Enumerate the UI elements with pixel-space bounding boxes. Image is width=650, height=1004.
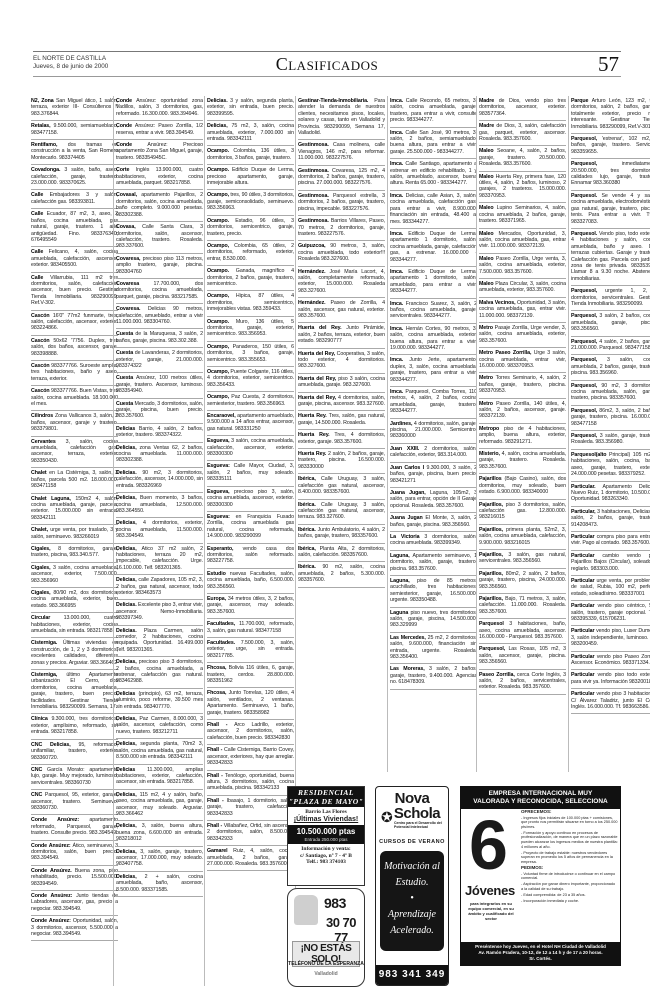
- classified-ad[interactable]: Cuesta Ansúrez, 100 metros útiles, garaj…: [116, 373, 203, 398]
- classified-ad-keyword: Laguna,: [390, 578, 410, 584]
- classified-ad-keyword: Parquesol,: [571, 357, 597, 363]
- classified-ad[interactable]: Huerta del Rey, 4 dormitorios, salón, ga…: [298, 393, 385, 412]
- classified-ad-keyword: CNC: [31, 792, 42, 798]
- classified-ad[interactable]: La Victoria 3 dormitorios, salón, cocina…: [390, 532, 477, 551]
- classified-ad-keyword: Delicias: [116, 426, 135, 432]
- classified-ad[interactable]: Delicias, Atico 37 m2 salón, 2 habitacio…: [116, 544, 203, 576]
- nova-schola-ad[interactable]: ✪ Nova Schola Centro para el Desarrollo …: [375, 786, 449, 986]
- classified-ad[interactable]: Ocampo, Colombia, 65 útiles, 2 dormitori…: [207, 241, 294, 266]
- classified-ad[interactable]: Particular compra piso para entrar a viv…: [571, 532, 650, 551]
- classified-ad[interactable]: Estudio nuevas Facultades, salón, cocina…: [207, 569, 294, 594]
- classified-ad[interactable]: Esgueva, precioso piso 3, salón, cocina …: [207, 487, 294, 512]
- classified-ad-keyword: Facultades,: [207, 621, 235, 627]
- classified-ad[interactable]: Laguna piso nuevo, tres dormitorios, sal…: [390, 608, 477, 633]
- classified-ad-keyword: Madre: [479, 98, 494, 104]
- classified-ad[interactable]: Delicias, 2 + salón, cocina amueblada, b…: [116, 872, 203, 897]
- classified-ad[interactable]: Imca. Hernán Cortes, 90 metros, 3, salón…: [390, 324, 477, 356]
- classified-ad-keyword: Covasa,: [116, 224, 136, 230]
- classified-ad-keyword: Las Moreras,: [390, 666, 425, 672]
- classified-ad[interactable]: Delicias, calle Zapadores, 105 m2, 3, 2 …: [116, 575, 203, 600]
- classified-ad[interactable]: Facultades, 11.700.000, reformado, 3, sa…: [207, 619, 294, 638]
- classified-ad-keyword: Pajarillos,: [479, 502, 503, 508]
- classified-ad[interactable]: Metro Pasaje Zorrilla, Urge vender, 3, s…: [479, 323, 566, 348]
- classified-ad[interactable]: Imca. Calle Recondo, 65 metros, 3, salón…: [390, 96, 477, 128]
- classified-ad[interactable]: Imca. Junto Jerte, apartamento, duplex, …: [390, 355, 477, 387]
- classified-ad-keyword: Guipuzcoa,: [298, 243, 326, 249]
- classified-ad-keyword: Fhcosa,: [207, 665, 226, 671]
- classified-ad[interactable]: Metro Torres Seminario, 4, salón, 2 baño…: [479, 373, 566, 398]
- classified-ad[interactable]: Calle Ecuador, 87 m2, 3, aseo, 2 baños, …: [31, 209, 118, 247]
- classified-ad[interactable]: Delicias (principio), 63 m2, terraza, al…: [116, 689, 203, 714]
- classified-ad[interactable]: Ibérica. 90 m2, salón, cocina amueblada,…: [298, 562, 385, 587]
- classified-ad-keyword: Delicias,: [116, 659, 137, 665]
- classified-ad-keyword: Encaraovel,: [207, 413, 236, 419]
- classified-ad[interactable]: Huerta Rey. Tres, salón, gas natural, ga…: [298, 411, 385, 430]
- classified-ad-keyword: Ocampo,: [207, 192, 229, 198]
- classified-ad[interactable]: Ocampo. Muro, 136 útiles, 5 dormitorios,…: [207, 317, 294, 342]
- classified-ad-keyword: Corte: [116, 167, 129, 173]
- classified-ad-keyword: Particular: [571, 654, 594, 660]
- esperanza-city: Valladolid: [288, 971, 364, 977]
- classified-ad[interactable]: Covaresa, precioso piso 113 metros, ampl…: [116, 254, 203, 279]
- classified-ad[interactable]: Cascón 16'0" 77m2 funmarte, tres, salón,…: [31, 311, 118, 336]
- classified-ad[interactable]: Parquesol 3 habitaciones, baño, aseo, co…: [479, 619, 566, 644]
- classified-ad[interactable]: Las Mercedes, 25 m2, 2 dormitorios, saló…: [390, 633, 477, 665]
- classified-ad-keyword: Delicias.: [116, 628, 137, 634]
- classified-ad[interactable]: Ocampo. Ganada, magnífico 4 dormitorios,…: [207, 266, 294, 291]
- classified-ad-keyword: N2, Zona: [31, 98, 54, 104]
- classified-ad-keyword: Delicias,: [116, 716, 137, 722]
- classified-ad[interactable]: Fhall - Ibasajo, 1 dormitorio, salón, ga…: [207, 796, 294, 821]
- classified-ad[interactable]: Parquesol, 4 salón, 2 baños, garaje, 21.…: [571, 337, 650, 356]
- classified-ad-keyword: Covaresa.: [116, 306, 140, 312]
- classified-ad[interactable]: Pajarillos, primera planta, 52m2, 3, sal…: [479, 525, 566, 550]
- classified-ad[interactable]: Particular vendo piso Paseo Zorrilla. As…: [571, 652, 650, 671]
- classified-ad[interactable]: Esgueva: en Franquicia Fusado Zorrilla, …: [207, 512, 294, 544]
- classified-ad[interactable]: Cascón 983377766. Buen Vistas, tres saló…: [31, 386, 118, 411]
- classified-ad[interactable]: Delicias, precioso piso 3 dormitorios, 2…: [116, 657, 203, 689]
- classified-ad[interactable]: Ocampo, Hipica, 87 útiles, 4 dormitorios…: [207, 291, 294, 316]
- classified-ad[interactable]: CNC García Morato: apartamento lujo, gar…: [31, 765, 118, 790]
- classified-ad[interactable]: Particular vendo piso céntrico, 5 + saló…: [571, 601, 650, 626]
- classified-ad-keyword: Parquesol.: [571, 193, 597, 199]
- classified-ad-keyword: Parquesol,: [571, 136, 597, 142]
- classified-ad[interactable]: Delicias, 75 m2, 3, salón, cocina amuebl…: [207, 121, 294, 146]
- classified-ad[interactable]: Delicias, zona Ventas 62, 2 baños, cocin…: [116, 443, 203, 468]
- classified-ad[interactable]: Guipuzcoa, 90 metros, 3, salón, cocina a…: [298, 241, 385, 266]
- classified-ad[interactable]: Huerta del Rey, Cooperativa, 3 salón, to…: [298, 349, 385, 374]
- classified-ad[interactable]: Conde Ansúrez: Oportunidad, salón, 3 dor…: [31, 916, 118, 941]
- classified-ad-keyword: Delicias,: [116, 445, 137, 451]
- classified-ad[interactable]: Calle Villarrubia, 111 m2 tres dormitori…: [31, 273, 118, 311]
- classified-ad-keyword: Calle: [31, 249, 43, 255]
- classified-ad[interactable]: CNC Parquesol, 95, exterior, garaje, asc…: [31, 790, 118, 815]
- classified-ad[interactable]: Paseo Zorrilla, cerca Corte Inglés, 3 sa…: [479, 670, 566, 695]
- classified-ad-keyword: Juana Jugan: [390, 515, 423, 521]
- classified-ad-keyword: Ocampo,: [207, 293, 229, 299]
- classified-ad[interactable]: Delicias Barrio, 4 salón, 2 baños, exter…: [116, 424, 203, 443]
- classified-ad[interactable]: Metro Paseo Zorrilla, 140 útiles, 4, sal…: [479, 399, 566, 424]
- classified-ad-keyword: Particular: [571, 672, 594, 678]
- classified-ad[interactable]: Pajarillos, 3 salón, gas natural, servic…: [479, 550, 566, 569]
- classified-ad-keyword: Calle: [31, 211, 43, 217]
- classified-ad[interactable]: Fhcosa, Junto Torrelas, 120 útiles, 4 sa…: [207, 688, 294, 720]
- classified-ad-keyword: Ocampo,: [207, 394, 229, 400]
- classified-ad-keyword: Imca.: [390, 326, 403, 332]
- classified-ad[interactable]: Conde Ansúrez: Junto tiendas de Labrador…: [31, 891, 118, 916]
- classified-ad[interactable]: Huerta del Rey. Junto Pirámide, salón, 2…: [298, 323, 385, 348]
- classified-ad[interactable]: Parquesol(alto Principal) 105 m2, 3 habi…: [571, 450, 650, 482]
- classified-ad-keyword: Delicias,: [207, 123, 228, 129]
- classified-ad[interactable]: Metro Paseo Zorrilla, Urge 3 salón, coci…: [479, 348, 566, 373]
- classified-ad[interactable]: Parque Arturo León, 123 m2, tres dormito…: [571, 96, 650, 134]
- classified-ad[interactable]: Particular. Apartamento Delicias, Nuevo …: [571, 482, 650, 507]
- classified-ad[interactable]: Calle Felicano, 4, salón, cocina amuebla…: [31, 247, 118, 272]
- classified-ad[interactable]: Chalet, urge venta, por traslado, 3 y sa…: [31, 525, 118, 544]
- classified-ad[interactable]: Parquesol, 86m2, 3, salón, 2 baños, gara…: [571, 406, 650, 431]
- classified-ad[interactable]: Parquesol, 'estrenar', 102 m2, 2 baños, …: [571, 134, 650, 159]
- classified-ad-keyword: CNC Delicias,: [31, 742, 71, 748]
- classified-ad[interactable]: Madre de Dios, 3, salón, calefacción gas…: [479, 121, 566, 146]
- classified-ad-keyword: Conde Ansúrez:: [31, 918, 71, 924]
- classified-ad[interactable]: Cigales, 8 dormitorios, garaje, trastero…: [31, 544, 118, 563]
- classified-ad[interactable]: Malva Vecinos, Oportunidad, 3 salón, coc…: [479, 298, 566, 323]
- classified-ad-keyword: CNC: [31, 767, 42, 773]
- classified-ad[interactable]: Conde Ansúrez: oportunidad zona Vadillos…: [116, 96, 203, 121]
- classified-ad[interactable]: Ocampo, Puente Colgante, 116 útiles, 4 d…: [207, 367, 294, 392]
- classified-ad[interactable]: Maleo Lupino Seminarios, 4, salón, cocin…: [479, 203, 566, 228]
- classified-ad-keyword: Particular,: [571, 509, 596, 515]
- classified-ad-text: Edificio Duque de Lerma, apartamento 1 d…: [390, 231, 477, 263]
- classified-ad[interactable]: Maleo Plaza Circular, 3, salón, cocina a…: [479, 279, 566, 298]
- classified-ad-keyword: Ocampo.: [207, 319, 229, 325]
- classified-ad[interactable]: Particular vendo piso 3 habitaciones, C/…: [571, 689, 650, 714]
- classified-ad-keyword: Misterio,: [479, 451, 500, 457]
- classified-ad[interactable]: Ocampo, Paz Cuesta, 2 dormitorios, semie…: [207, 392, 294, 411]
- classified-ad-keyword: Ibérica.: [298, 502, 316, 508]
- classified-ad[interactable]: Parquesol, urgente 1, 2, 3 dormitorios, …: [571, 286, 650, 311]
- classified-ad[interactable]: Misterio, 4, salón, cocina amueblada, ga…: [479, 449, 566, 474]
- classified-ad[interactable]: Hernández. José María Lacort, 4, salón, …: [298, 267, 385, 299]
- classified-ad[interactable]: Circular 13.000.000, cuatro habitaciones…: [31, 613, 118, 638]
- classified-ad-keyword: Madre: [479, 123, 494, 129]
- classified-ad[interactable]: Imca. Parquesol, Comba Torres, 110 metro…: [390, 387, 477, 419]
- classified-ad[interactable]: Conde Ansúrez: Precioso apartamento Zona…: [116, 140, 203, 165]
- nova-phone: 983 341 349: [376, 965, 448, 985]
- classified-ad-keyword: Paseo Zorrilla,: [479, 672, 515, 678]
- telefono-esperanza-ad[interactable]: 983 30 70 77 ¡NO ESTÁS SOLO! TELÉFONO DE…: [287, 888, 365, 987]
- column-divider: [204, 96, 205, 986]
- classified-ad[interactable]: Ocampo, Panaderos, 150 útiles, 6 dormito…: [207, 342, 294, 367]
- classified-ad-keyword: Maleo: [479, 256, 494, 262]
- classified-ad[interactable]: Ocampo. Colombia, 136 útiles, 3 dormitor…: [207, 146, 294, 165]
- classified-ad[interactable]: Ocampo, tres, 90 útiles, 3 dormitorios, …: [207, 190, 294, 215]
- empresa-jovenes: Jóvenes: [465, 883, 515, 898]
- classified-ad[interactable]: Ibérica, Planta Alta, 2 dormitorios, sal…: [298, 544, 385, 563]
- classified-ad[interactable]: Retalas, 9.500.000, semiamueblado, 98347…: [31, 121, 118, 140]
- classified-ad[interactable]: Parquesol, inmediatamente 20.500.000, tr…: [571, 159, 650, 191]
- classified-ad[interactable]: Parquesol, 3 salón, cocina amueblada, 2 …: [571, 355, 650, 380]
- esperanza-phone-prefix: 983: [324, 895, 346, 911]
- classified-ad[interactable]: Maleo Huerta Rey, primera fase, 120 útil…: [479, 172, 566, 204]
- classified-ad-keyword: Rentifamo,: [31, 142, 57, 148]
- classified-ad[interactable]: Juana Jugan El Monte, 3, salón, 2 baños,…: [390, 513, 477, 532]
- classified-ad[interactable]: Delicias. Plaza Carmen, salón comedor, 2…: [116, 626, 203, 658]
- classified-ad[interactable]: Gestinmosa. Casa molinera, calle Vienagr…: [298, 140, 385, 165]
- classified-ad[interactable]: Imca. Delicias, calle Asian, 3, salón, c…: [390, 191, 477, 229]
- classified-ad[interactable]: Gestinmosa. Covaresa, 125 m2, 4 dormitor…: [298, 166, 385, 191]
- classified-ad[interactable]: Juana Jugan, Laguna, 105m2, 3 salón, par…: [390, 488, 477, 513]
- classified-ad-keyword: Delicias.: [207, 98, 228, 104]
- esperanza-name: TELÉFONO DE LA ESPERANZA: [288, 961, 364, 967]
- classified-ad-keyword: Esgueva,: [207, 489, 229, 495]
- classified-ad[interactable]: Esgueva, 3 salón, cocina amueblada, cale…: [207, 436, 294, 461]
- classified-ad[interactable]: Maleo Mercados, Oportunidad, 3, salón, c…: [479, 229, 566, 254]
- classified-ad[interactable]: Delicias 11.300.000, amplias habitacione…: [116, 765, 203, 790]
- classified-ad[interactable]: Gestinar-Tienda-Inmobiliaria. Para atend…: [298, 96, 385, 140]
- classified-ad-keyword: Ibérica,: [298, 546, 316, 552]
- classified-ad[interactable]: Covasa, Calle Santa Clara, 3 dormitorios…: [116, 222, 203, 254]
- classified-ad[interactable]: Particular vendo piso todo exterior, par…: [571, 670, 650, 689]
- classified-ad-text: Calle Recondo, 65 metros, 3, salón, coci…: [390, 98, 477, 123]
- classified-ad[interactable]: Pajarillos (Bajo Casino), salón, dos dor…: [479, 474, 566, 499]
- classified-ad-text: Calle San José, 90 metros, 3, salón, 2 b…: [390, 130, 477, 155]
- classified-ad[interactable]: Gestinmosa. Parquesol estrella, 3 dormit…: [298, 191, 385, 216]
- classified-ad[interactable]: Particular urge venta, por problemas de …: [571, 576, 650, 601]
- classified-ad[interactable]: Ibérica. Calle Uruguay, 3 salón, calefac…: [298, 500, 385, 525]
- classified-ad[interactable]: Ibérica. Junto Ambulatorio, 4 salón, 2 b…: [298, 525, 385, 544]
- classified-ad-keyword: Cascón: [31, 388, 50, 394]
- classified-ad[interactable]: Gestinmosa. Barrios Villares, Paseo, 70 …: [298, 216, 385, 241]
- classified-ad[interactable]: Maleo Seoane, 4, salón, 2 baños, garaje,…: [479, 146, 566, 171]
- classified-ad[interactable]: Cuesta de la Maruquesa, 3 salón, 2 baños…: [116, 329, 203, 348]
- classified-ad[interactable]: Particular, 3 habitaciones, Delicias, 4,…: [571, 507, 650, 532]
- classified-ad[interactable]: Delicias, 3, salón, buena altura, buena …: [116, 821, 203, 846]
- classified-ad-keyword: Huerta del Rey.: [298, 325, 342, 331]
- classified-ad-keyword: Juana Jugan,: [390, 490, 426, 496]
- classified-ad[interactable]: Fhcosa, Bolivia 116 útiles, 6, garaje, t…: [207, 663, 294, 688]
- classified-ad-keyword: Gestinmosa.: [298, 193, 329, 199]
- classified-ad[interactable]: Particular vendo piso, Luser Dumero, 3, …: [571, 626, 650, 651]
- classified-ad[interactable]: Cascón 50x62 '7756. Duplex, tres salón, …: [31, 336, 118, 361]
- residencial-ultimas: ¡Últimas Viviendas!: [288, 816, 364, 823]
- classified-ad[interactable]: Covaresa 17.700.000, dos dormitorios, co…: [116, 279, 203, 304]
- classified-ad[interactable]: Ibérica, Calle Uruguay, 3 salón, calefac…: [298, 474, 385, 499]
- classified-ad[interactable]: Parquesol, 3 salón, 2 baños, cocina amue…: [571, 311, 650, 336]
- classified-ad-keyword: Pajarillos,: [479, 552, 503, 558]
- classified-ad[interactable]: Conde Ansúrez: apartamento reformado, Pa…: [31, 815, 118, 840]
- classified-ad[interactable]: Delicias, segunda planta, 70m2 3, salón,…: [116, 739, 203, 764]
- classified-ad[interactable]: Chalet Laguna, 150m2 4, salón, cocina am…: [31, 494, 118, 526]
- classified-ad[interactable]: Fhall - Arco Ladrillo, exterior, ascenso…: [207, 720, 294, 745]
- classified-ad-text: Pasaje Zorrilla, Urge vender, 3, salón, …: [479, 325, 566, 344]
- classified-ad-keyword: Huerta Rey.: [298, 451, 326, 457]
- classified-ad[interactable]: Delicias, Buen momento, 3 baños, cocina …: [116, 493, 203, 518]
- classified-ad[interactable]: Juan XXIII. 2 dormitorios, salón, calefa…: [390, 444, 477, 463]
- classified-ad[interactable]: Fhall - Villabañez, Ortid, sin ascensor,…: [207, 821, 294, 846]
- classified-ad-keyword: Huerta Rey.: [298, 432, 330, 438]
- classified-ad[interactable]: Delicias, Paz Carmen, 8.000.000, 3 salón…: [116, 714, 203, 739]
- classified-ad[interactable]: Cuesta de Lavanderas, 2 dormitorios, ext…: [116, 348, 203, 373]
- classified-ad[interactable]: Particular cambio vendo piso Pajarillos …: [571, 551, 650, 576]
- classified-ad-keyword: Chalet: [31, 470, 47, 476]
- classified-ad[interactable]: Encaraovel, apartamento amueblado, 9.500…: [207, 411, 294, 436]
- classified-ad-keyword: Cilindros: [31, 413, 53, 419]
- classified-ad[interactable]: Las Moreras, 3 salón, 2 baños, garaje, t…: [390, 664, 477, 689]
- classified-ad-text: Junto Jerte, apartamento, duplex, 3, sal…: [390, 357, 477, 382]
- classified-ad[interactable]: Ocampo. Estadio, 96 útiles, 3 dormitorio…: [207, 216, 294, 241]
- classified-ad[interactable]: Europa, 34 metros útiles, 3, 2 baños, ga…: [207, 594, 294, 619]
- classified-ad[interactable]: Cisterniga, último Apartamento urbanizac…: [31, 670, 118, 714]
- classified-ad-keyword: Chalet,: [31, 527, 48, 533]
- classified-ad-keyword: Imca.: [390, 161, 403, 167]
- classified-ad[interactable]: CNC Delicias, 95, reformado, unifamiliar…: [31, 740, 118, 765]
- classified-ad[interactable]: Jardines, 4 dormitorios, salón, garaje, …: [390, 419, 477, 444]
- classified-ad-keyword: Juan XXIII.: [390, 446, 419, 452]
- classified-ad[interactable]: Maleo Paseo Zorrilla, Urge venta, 3, sal…: [479, 254, 566, 279]
- classified-ad-keyword: Delicias,: [116, 577, 137, 583]
- classified-ad[interactable]: Cuesta Mercado, 3 dormitorios, salón, ga…: [116, 399, 203, 424]
- classified-ad-keyword: Huerta del Rey,: [298, 376, 336, 382]
- classified-ad-keyword: Parquesol,: [571, 288, 597, 294]
- classified-ad[interactable]: Gamarel Ruiz, 4, salón, cocina amueblada…: [207, 846, 294, 871]
- classified-ad-keyword: Estudio: [207, 571, 226, 577]
- classified-ad-keyword: Ibérica.: [298, 527, 316, 533]
- classified-ad-keyword: Gamarel: [207, 848, 228, 854]
- classified-ad[interactable]: Pajarillos, 80m2, 2 salón, 2 baños, gara…: [479, 569, 566, 594]
- classifieds-column-2: Conde Ansúrez: oportunidad zona Vadillos…: [116, 96, 203, 986]
- page-number: 57: [598, 52, 619, 77]
- classified-ad[interactable]: Imca. Calle San José, 90 metros, 3, saló…: [390, 128, 477, 160]
- classified-ad[interactable]: Delicias. 90 m2, 3 dormitorios, calefacc…: [116, 468, 203, 493]
- classified-ad-keyword: Delicias.: [116, 470, 137, 476]
- classified-ad[interactable]: Corte Inglés 13.900.000, cuatro habitaci…: [116, 165, 203, 190]
- classified-ad[interactable]: Delicias. 3 y salón, segunda planta, ext…: [207, 96, 294, 121]
- classified-ad[interactable]: Madre de Dios, vendo piso tres dormitori…: [479, 96, 566, 121]
- classified-ad[interactable]: Laguna, piso de 85 metros, acuchillado, …: [390, 576, 477, 608]
- classified-ad[interactable]: Hernández. Paseo de Zorrilla, 4 salón, a…: [298, 298, 385, 323]
- empresa-para: para integrarlos en su equipo comercial,…: [464, 901, 518, 921]
- classified-ad[interactable]: Covaresa. Delicias 90 metros, calefacció…: [116, 304, 203, 329]
- classified-ad[interactable]: Pajarillos, piso 3 dormitorios, salón, c…: [479, 500, 566, 525]
- classified-ad[interactable]: Imca. Edificio Duque de Lerma, apartamen…: [390, 267, 477, 299]
- classified-ad-keyword: Hernández.: [298, 269, 326, 275]
- classified-ad-keyword: Calle: [31, 192, 43, 198]
- classified-ad[interactable]: Cilindros Zona Vallicanos 3, salón, 2 ba…: [31, 411, 118, 436]
- classified-ad-keyword: Fhall -: [207, 722, 227, 728]
- empresa-footer: Preséntense hoy Jueves, en el Hotel NH C…: [461, 942, 620, 965]
- classified-ad-keyword: Parquesol,: [479, 646, 505, 652]
- classified-ad[interactable]: Cigales, 80/90 m2, dos dormitorios, coci…: [31, 588, 118, 613]
- classified-ad[interactable]: N2, Zona San Miguel ático, 1 salón, terr…: [31, 96, 118, 121]
- classified-ad[interactable]: Huerta del Rey, piso 3 salón, cocina amu…: [298, 374, 385, 393]
- classified-ad[interactable]: Juan Carlos I 9.300.000, 3 salón, 2 baño…: [390, 463, 477, 488]
- classified-ad-keyword: Circular: [31, 615, 50, 621]
- classified-ad-keyword: Calle: [31, 275, 43, 281]
- classified-ad[interactable]: Parquesol. Se vende 4 y salón, cocina am…: [571, 191, 650, 229]
- classified-ad[interactable]: Cervantes 3, salón, cocina amueblada, ca…: [31, 437, 118, 469]
- classified-ad-text: Villarrubia, 111 m2 tres dormitorios, sa…: [31, 275, 118, 307]
- classified-ad-keyword: Hernández.: [298, 300, 326, 306]
- classified-ad-keyword: Conde Ansúrez:: [31, 893, 72, 899]
- classified-ad[interactable]: Parquesol, 3 salón, garaje, trastero. Ro…: [571, 431, 650, 450]
- telephone-icon: [294, 895, 318, 925]
- classified-ad-keyword: Covasal,: [116, 192, 137, 198]
- classified-ad-keyword: Chalet Laguna,: [31, 496, 71, 502]
- classified-ad[interactable]: Esperanto, vendo casa dos dormitorios, s…: [207, 544, 294, 569]
- classified-ad[interactable]: Parquesol, 90 m2, 3 dormitorios, cocina …: [571, 381, 650, 406]
- classified-ad[interactable]: Parquesol. Vendo piso, todo exterior, 4 …: [571, 229, 650, 286]
- classified-ad[interactable]: Huerta Rey. Tres, 4 dormitorios, exterio…: [298, 430, 385, 449]
- classified-ad[interactable]: Fhall - Calle Cisterniga, Barrio Covey, …: [207, 745, 294, 770]
- classified-ad[interactable]: Rentifamo, dos tramas en construcción a …: [31, 140, 118, 165]
- nova-logo: Nova: [376, 791, 448, 806]
- classified-ad[interactable]: Conde Ansúrez. Buena zona, piso rehabili…: [31, 866, 118, 891]
- residencial-plaza-de-mayo-ad[interactable]: RESIDENCIAL "PLAZA DE MAYO" Barrio Las F…: [287, 786, 365, 886]
- classified-ad-keyword: Particular.: [571, 484, 596, 490]
- classified-ad[interactable]: Delicias, 4 dormitorios, exterior, cocin…: [116, 518, 203, 543]
- classified-ad-keyword: Conde Ansúrez.: [31, 868, 72, 874]
- classified-ad-keyword: Imca.: [390, 357, 403, 363]
- classified-ad-keyword: Malva Vecinos,: [479, 300, 515, 306]
- classified-ad-text: Ecuador, 87 m2, 3, aseo, 2 baños, cocina…: [31, 211, 118, 243]
- classified-ad[interactable]: Calle Embajadores 3 y salón, calefacción…: [31, 190, 118, 209]
- classifieds-column-1: N2, Zona San Miguel ático, 1 salón, terr…: [31, 96, 118, 986]
- classified-ad[interactable]: Delicias, 115 m2, 4 y salón, baño, aseo,…: [116, 790, 203, 822]
- classified-ad[interactable]: Cascón 983377766. Suroeste amplia, tres …: [31, 361, 118, 386]
- classified-ad-keyword: Europa,: [207, 596, 226, 602]
- empresa-internacional-ad[interactable]: EMPRESA INTERNACIONAL MUY VALORADA Y REC…: [460, 786, 621, 966]
- classified-ad[interactable]: Covasal, apartamento Pajarillos, 2 dormi…: [116, 190, 203, 222]
- classified-ad[interactable]: Ocampo. Edificio Duque de Lerma, precios…: [207, 165, 294, 190]
- classified-ad-keyword: Ocampo,: [207, 243, 229, 249]
- classified-ad[interactable]: Metropo piso de 4 habitaciones, amplio, …: [479, 424, 566, 449]
- classified-ad[interactable]: Laguna, Apartamento seminuevo, 1 dormito…: [390, 551, 477, 576]
- classified-ad[interactable]: Chalet en La Cistérniga, 3, salón, 3 bañ…: [31, 468, 118, 493]
- classified-ad-keyword: Parquesol,: [571, 383, 597, 389]
- classified-ad[interactable]: Fhall - Tenólogo, oportunidad, buena alt…: [207, 771, 294, 796]
- classified-ad[interactable]: Conde Ansúrez: Paseo Zorrilla, 1/2 reser…: [116, 121, 203, 140]
- classified-ad[interactable]: Delicias, 3, salón, garaje, trastero, as…: [116, 847, 203, 872]
- classified-ad[interactable]: Covadonga. 3 salón, baño, aseo, calefacc…: [31, 165, 118, 190]
- classified-ad[interactable]: Imca. Edificio Duque de Lerma, apartamen…: [390, 229, 477, 267]
- classified-ad[interactable]: Cisterniga. Últimas viviendas en constru…: [31, 638, 118, 670]
- classified-ad[interactable]: Imca. Francisco Suarez, 3, salón, 2 baño…: [390, 299, 477, 324]
- classified-ad[interactable]: Esgueva: Calle Mayor, Ciudad, 3, salón, …: [207, 461, 294, 486]
- classified-ad[interactable]: Facultades. 7.500.000, 3, salón, exterio…: [207, 638, 294, 663]
- classified-ad-keyword: Parque: [571, 98, 588, 104]
- classified-ad-keyword: Cascón: [31, 338, 50, 344]
- classified-ad[interactable]: Pajarillos, Bajo, 71 metros, 3, salón, c…: [479, 594, 566, 619]
- classified-ad-keyword: Particular: [571, 553, 594, 559]
- classified-ad[interactable]: Parquesol, Las Rosas, 105 m2, 3 salón, a…: [479, 644, 566, 669]
- classified-ad-keyword: Delicias,: [116, 520, 137, 526]
- classified-ad[interactable]: Imca. Calle Santiago, apartamento a estr…: [390, 159, 477, 191]
- classified-ad-keyword: Conde: [116, 142, 132, 148]
- classified-ad[interactable]: Clínica 9.300.000, tres dormitorios, ext…: [31, 714, 118, 739]
- classified-ad-keyword: Laguna: [390, 610, 408, 616]
- classified-ad-keyword: Delicias,: [116, 792, 137, 798]
- classified-ad[interactable]: Conde Ansúrez: Ático, seminuevo, 3 dormi…: [31, 841, 118, 866]
- classified-ad[interactable]: Delicias. Excelente piso 3, entrar vivir…: [116, 600, 203, 625]
- classified-ad-keyword: Cascón: [31, 363, 50, 369]
- classified-ad-keyword: Pajarillos: [479, 476, 502, 482]
- classified-ad[interactable]: Cigales, 3 salón, cocina amueblada, asce…: [31, 563, 118, 588]
- classified-ad[interactable]: Huerta Rey. 2 salón, 2 baños, garaje, tr…: [298, 449, 385, 474]
- classified-ad-keyword: Particular: [571, 603, 594, 609]
- classified-ad-keyword: Jardines,: [390, 421, 412, 427]
- classified-ad-keyword: Conde Ansúrez:: [31, 843, 71, 849]
